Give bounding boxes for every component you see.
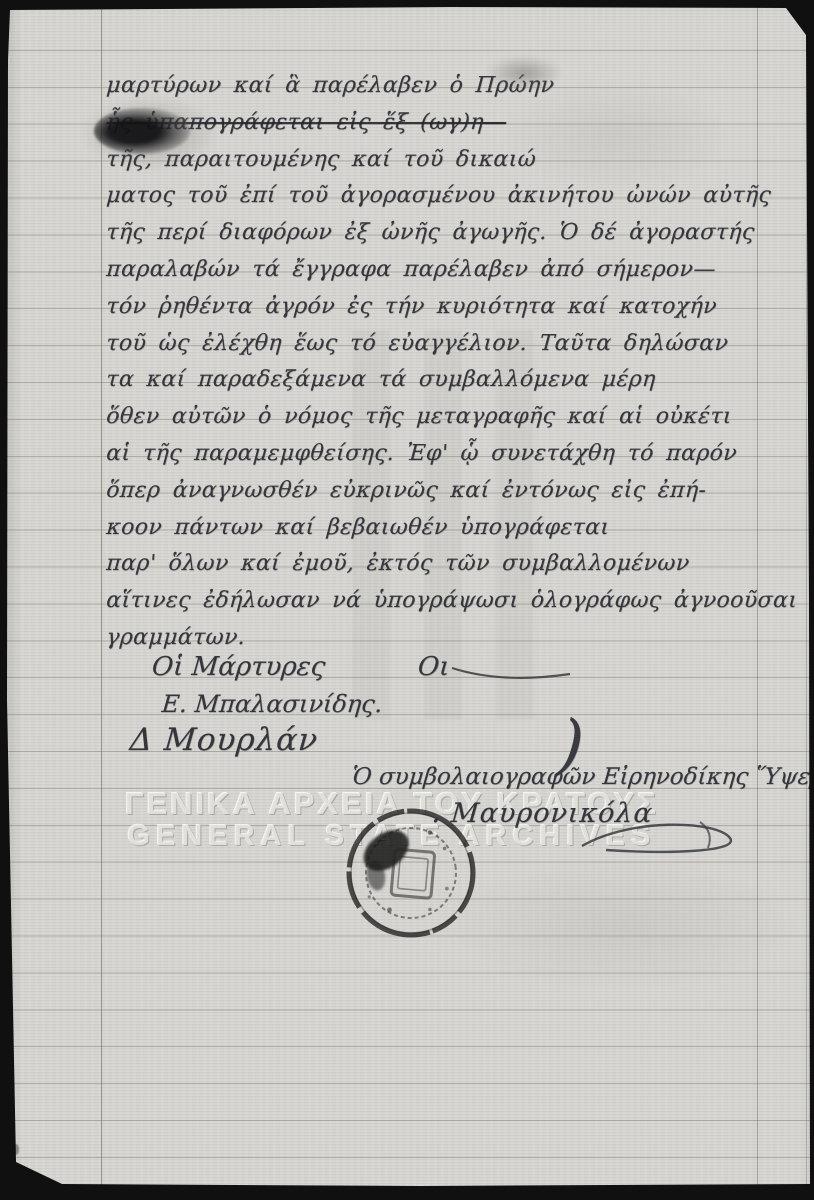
archive-ink-stamp: [330, 792, 492, 954]
handwritten-line: τόν ῥηθέντα ἀγρόν ἐς τήν κυριότητα καί κ…: [105, 289, 764, 326]
ink-speck: [13, 1144, 19, 1155]
handwritten-line: αἱ τῆς παραμεμφθείσης. Ἐφ' ᾧ συνετάχθη τ…: [105, 436, 764, 473]
watermark-ghost-bottom-right: [440, 860, 800, 990]
handwritten-line: τοῦ ὡς ἐλέχθη ἕως τό εὐαγγέλιον. Ταῦτα δ…: [105, 326, 764, 363]
right-column-mark: Οι: [417, 652, 451, 682]
notary-title-line: Ὁ συμβολαιογραφῶν Εἰρηνοδίκης Ὕψεβ: [351, 764, 814, 790]
paper-sheet: ΓΕΝΙΚΑ ΑΡΧΕΙΑ ΤΟΥ ΚΡΑΤΟΥΣ GENERAL STATE …: [0, 0, 814, 1200]
witness-signature-2: Δ Μουρλάν: [128, 722, 319, 758]
handwritten-line: τῆς περί διαφόρων ἐξ ὠνῆς ἀγωγῆς. Ὁ δέ ἀ…: [105, 215, 764, 252]
handwritten-line: τα καί παραδεξάμενα τά συμβαλλόμενα μέρη: [105, 362, 764, 399]
handwritten-line: μαρτύρων καί ἃ παρέλαβεν ὁ Πρώην: [105, 68, 764, 105]
witnesses-heading: Οἱ Μάρτυρες: [151, 652, 327, 682]
handwritten-line: ὅπερ ἀναγνωσθέν εὐκρινῶς καί ἐντόνως εἰς…: [105, 473, 764, 510]
handwritten-line: παρ' ὅλων καί ἐμοῦ, ἐκτός τῶν συμβαλλομέ…: [105, 546, 764, 583]
ink-smudge: [486, 56, 562, 90]
handwritten-line: κοον πάντων καί βεβαιωθέν ὑπογράφεται: [105, 510, 764, 547]
handwritten-line: ὅθεν αὐτῶν ὁ νόμος τῆς μεταγραφῆς καί αἱ…: [105, 399, 764, 436]
handwritten-line: αἵτινες ἐδήλωσαν νά ὑπογράψωσι ὁλογράφως…: [105, 583, 764, 620]
witness-signature-1: Ε. Μπαλασινίδης.: [161, 690, 384, 718]
scanned-document-page: ΓΕΝΙΚΑ ΑΡΧΕΙΑ ΤΟΥ ΚΡΑΤΟΥΣ GENERAL STATE …: [0, 0, 814, 1200]
handwritten-line: ματος τοῦ ἐπί τοῦ ἀγορασμένου ἀκινήτου ὠ…: [105, 178, 764, 215]
handwritten-line: παραλαβών τά ἔγγραφα παρέλαβεν ἀπό σήμερ…: [105, 252, 764, 289]
ink-blot: [94, 108, 190, 154]
